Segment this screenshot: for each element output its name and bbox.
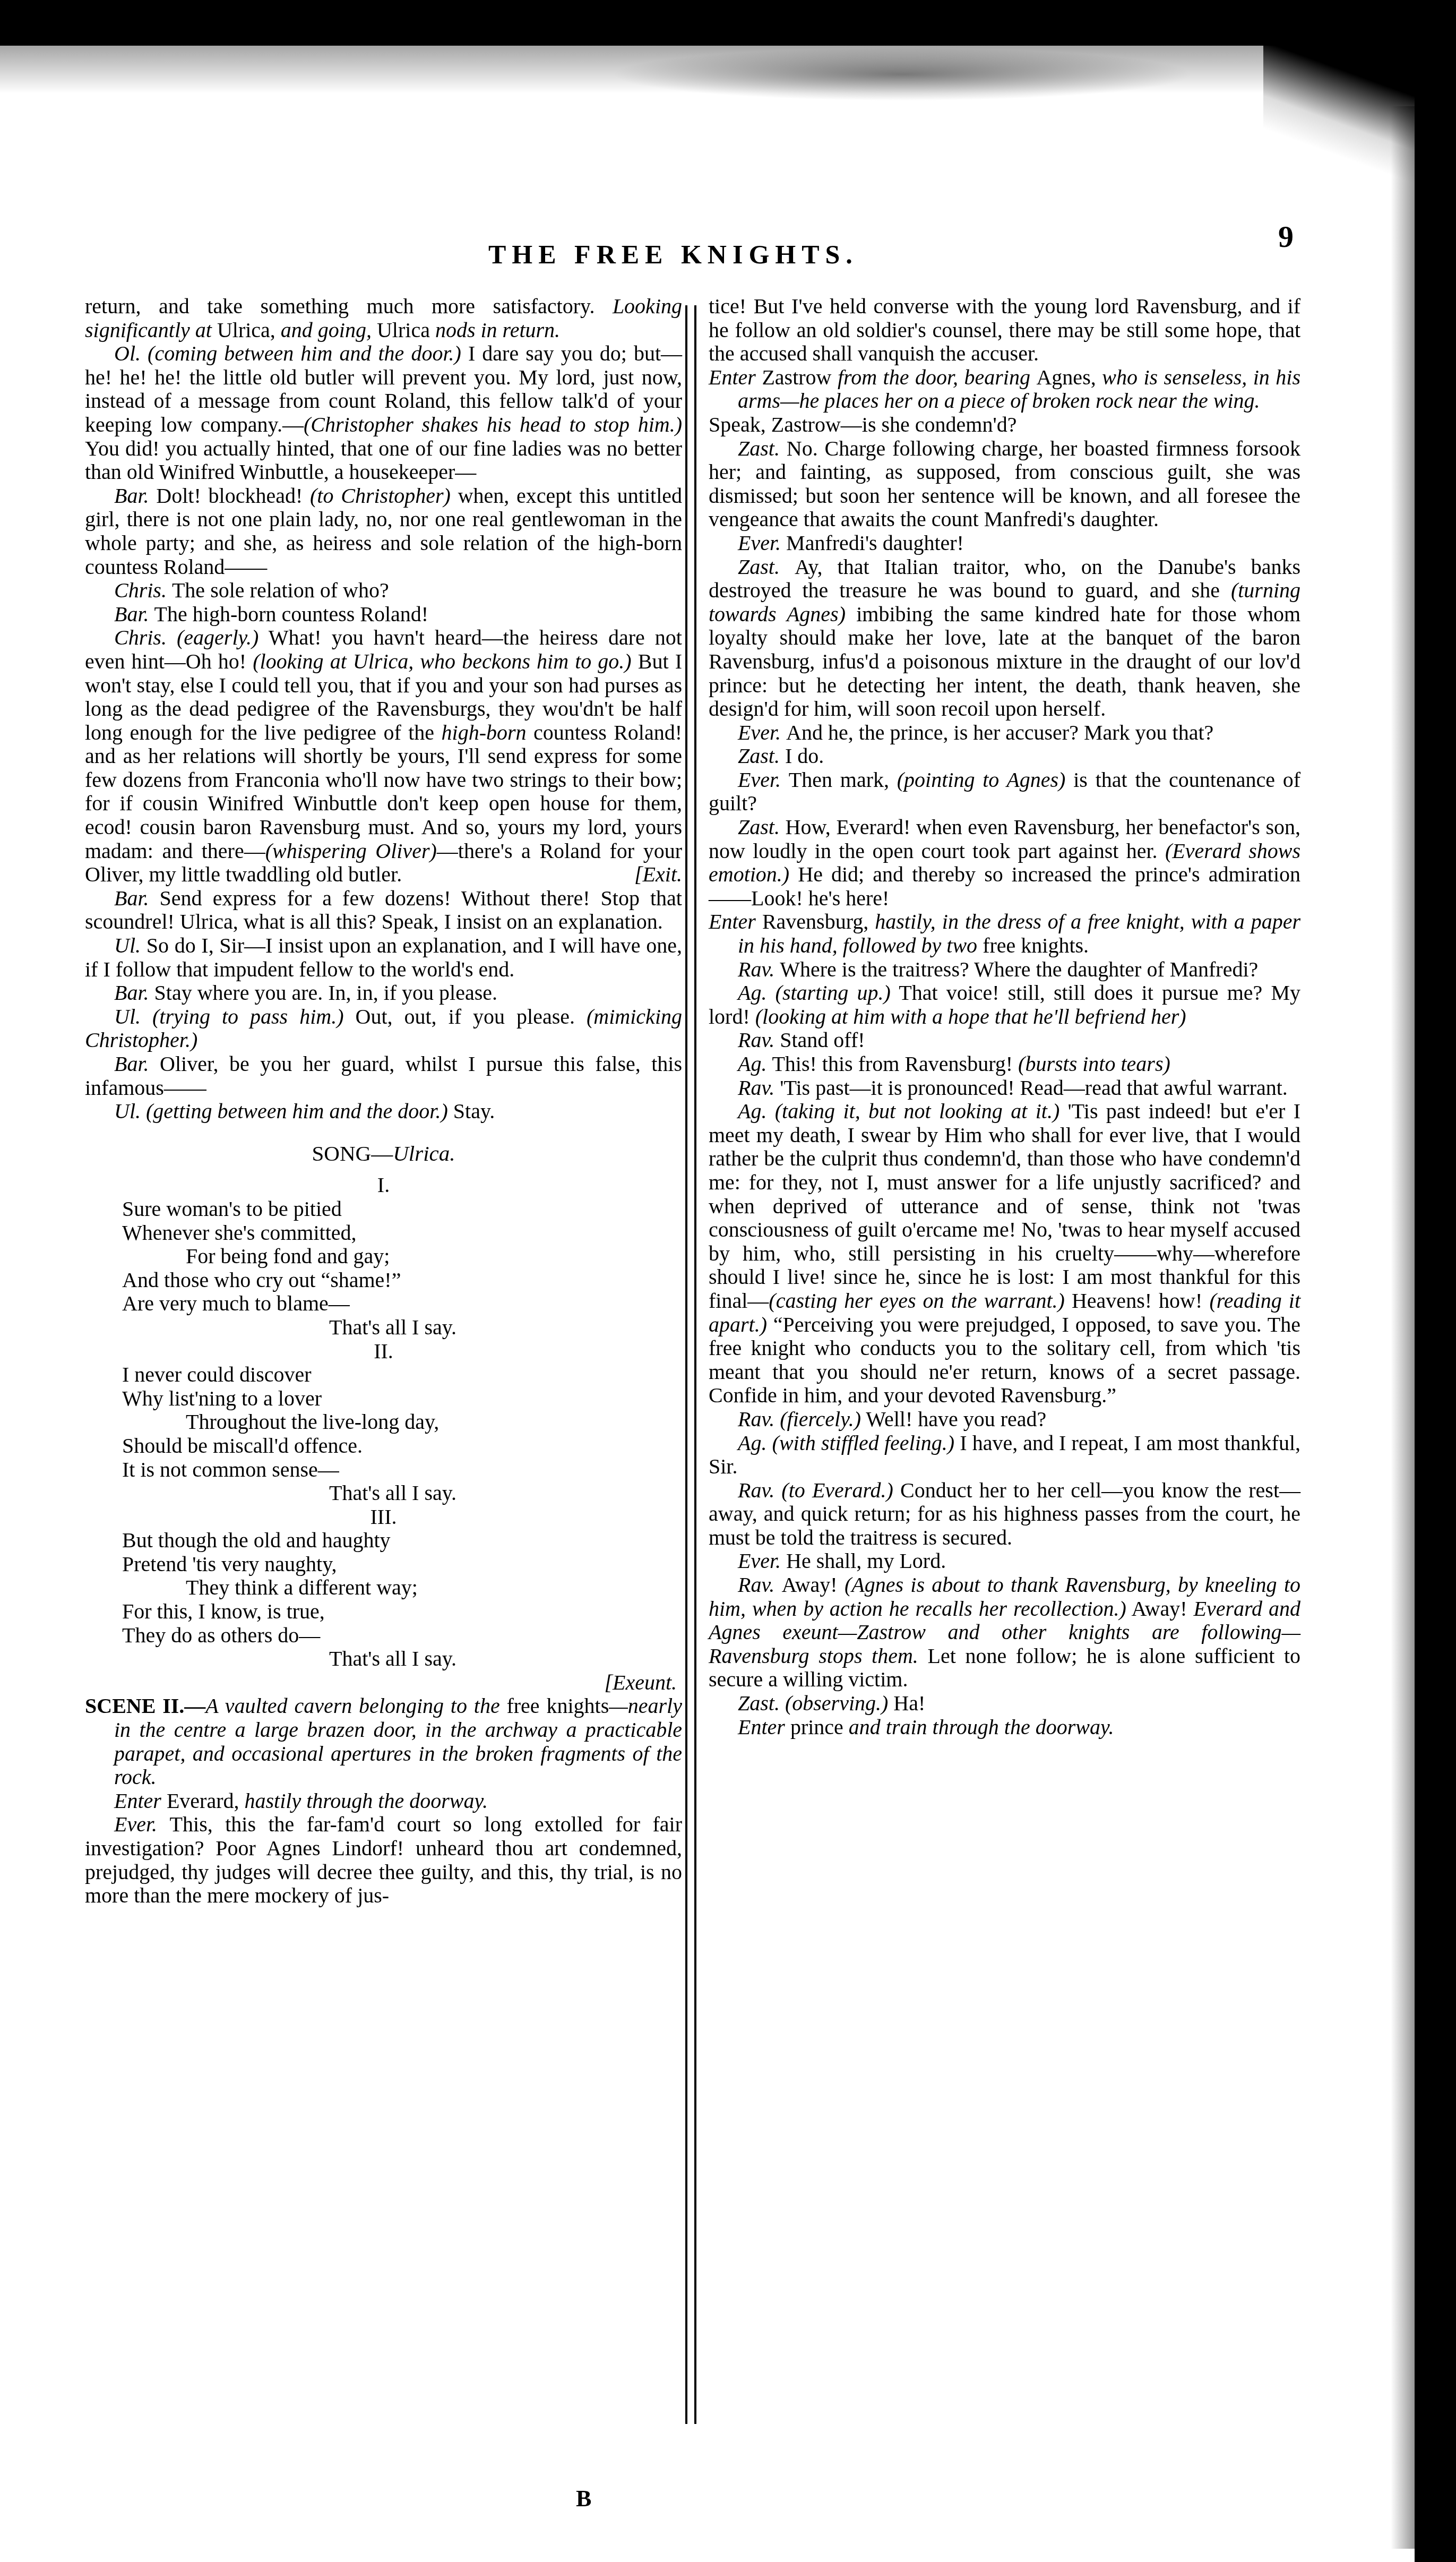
column-divider-rule [685, 305, 687, 2424]
stage-direction: Enter Zastrow from the door, bearing Agn… [709, 366, 1300, 413]
verse-line: Why list'ning to a lover [85, 1387, 682, 1411]
dialogue-paragraph: Bar. The high-born countess Roland! [85, 603, 682, 627]
text: Ha! [888, 1691, 925, 1715]
italic-text: Ag. [738, 1052, 772, 1076]
dialogue-paragraph: Speak, Zastrow—is she condemn'd? [709, 413, 1300, 437]
verse-line: Pretend 'tis very naughty, [85, 1553, 682, 1576]
scene-heading: SCENE II.—A vaulted cavern belonging to … [85, 1694, 682, 1789]
italic-text: Rav. [738, 1028, 780, 1052]
stanza-number: II. [85, 1340, 682, 1364]
scene-number: SCENE II.— [85, 1694, 205, 1718]
verse-line: Should be miscall'd offence. [85, 1434, 682, 1458]
dialogue-paragraph: Rav. (fiercely.) Well! have you read? [709, 1408, 1300, 1432]
text: So do I, Sir—I insist upon an explanatio… [85, 933, 682, 981]
italic-text: Zast. [738, 1691, 785, 1715]
song-label: SONG— [312, 1141, 393, 1166]
italic-text: (casting her eyes on the warrant.) [769, 1289, 1065, 1313]
song-lyrics: I.Sure woman's to be pitiedWhenever she'… [85, 1173, 682, 1670]
italic-text: Zast. [738, 744, 785, 768]
italic-text: Zast. [738, 555, 795, 579]
text: No. Charge following charge, her boasted… [709, 436, 1300, 532]
italic-text: (pointing to Agnes) [897, 768, 1066, 792]
italic-text: Chris. [114, 578, 172, 602]
verse-line: That's all I say. [85, 1481, 682, 1505]
italic-text: Bar. [114, 981, 154, 1005]
dialogue-paragraph: Rav. Away! (Agnes is about to thank Rave… [709, 1573, 1300, 1692]
italic-text: Enter [709, 365, 762, 389]
dialogue-paragraph: Chris. The sole relation of who? [85, 579, 682, 603]
text: This, this the far-fam'd court so long e… [85, 1812, 682, 1907]
text: This! this from Ravensburg! [772, 1052, 1018, 1076]
verse-line: It is not common sense— [85, 1458, 682, 1482]
dialogue-paragraph: Ever. This, this the far-fam'd court so … [85, 1813, 682, 1907]
dialogue-paragraph: Rav. 'Tis past—it is pronounced! Read—re… [709, 1076, 1300, 1100]
dialogue-paragraph: Ag. (with stiffled feeling.) I have, and… [709, 1432, 1300, 1479]
italic-text: nods in return. [435, 318, 560, 342]
text: Everard, [167, 1789, 245, 1813]
dialogue-paragraph: Ol. (coming between him and the door.) I… [85, 342, 682, 484]
italic-text: Bar. [114, 602, 154, 626]
text: Away! [782, 1573, 845, 1597]
verse-line: They do as others do— [85, 1624, 682, 1648]
verse-line: That's all I say. [85, 1647, 682, 1671]
text: return, and take something much more sat… [85, 294, 613, 318]
running-title: THE FREE KNIGHTS. [488, 239, 858, 270]
verse-line: Are very much to blame— [85, 1292, 682, 1316]
italic-text: Rav. [738, 1478, 781, 1502]
dialogue-paragraph: Ul. (trying to pass him.) Out, out, if y… [85, 1005, 682, 1052]
text: I do. [785, 744, 824, 768]
dialogue-paragraph: Bar. Dolt! blockhead! (to Christopher) w… [85, 484, 682, 579]
italic-text: Rav. [738, 1076, 780, 1100]
dialogue-paragraph: Ul. So do I, Sir—I insist upon an explan… [85, 934, 682, 981]
scene-description: A vaulted cavern belonging to the [205, 1694, 506, 1718]
italic-text: and going, [281, 318, 377, 342]
italic-text: Rav. [738, 1407, 780, 1431]
text: Well! have you read? [861, 1407, 1046, 1431]
dialogue-paragraph: Ever. He shall, my Lord. [709, 1549, 1300, 1573]
song-singer: Ulrica. [393, 1141, 455, 1166]
dialogue-paragraph: Bar. Stay where you are. In, in, if you … [85, 981, 682, 1005]
italic-text: Ag. [738, 981, 776, 1005]
dialogue-paragraph: Zast. How, Everard! when even Ravensburg… [709, 816, 1300, 910]
text: The high-born countess Roland! [154, 602, 429, 626]
stanza-number: I. [85, 1173, 682, 1197]
italic-text: Zast. [738, 436, 787, 460]
text: Zastrow [762, 365, 838, 389]
stanza-number: III. [85, 1505, 682, 1529]
italic-text: (observing.) [785, 1691, 888, 1715]
scan-stain-top [610, 48, 1194, 101]
right-column: tice! But I've held converse with the yo… [709, 295, 1300, 1739]
dialogue-block: tice! But I've held converse with the yo… [709, 295, 1300, 1739]
verse-line: They think a different way; [85, 1576, 682, 1600]
dialogue-paragraph: Ag. (starting up.) That voice! still, st… [709, 981, 1300, 1029]
italic-text: (taking it, but not looking at it.) [775, 1099, 1059, 1123]
italic-text: (looking at Ulrica, who beckons him to g… [253, 649, 631, 673]
column-divider-rule [694, 305, 696, 2424]
verse-line: But though the old and haughty [85, 1529, 682, 1553]
dialogue-paragraph: Rav. (to Everard.) Conduct her to her ce… [709, 1479, 1300, 1550]
italic-text: and train through the doorway. [849, 1715, 1114, 1739]
text: Stay. [448, 1099, 495, 1123]
dialogue-paragraph: tice! But I've held converse with the yo… [709, 295, 1300, 366]
dialogue-paragraph: return, and take something much more sat… [85, 295, 682, 342]
text: Then mark, [789, 768, 897, 792]
text: Stand off! [780, 1028, 865, 1052]
italic-text: (eagerly.) [177, 625, 259, 649]
italic-text: Zast. [738, 815, 786, 839]
italic-text: Bar. [114, 484, 156, 508]
dialogue-paragraph: Ever. And he, the prince, is her accuser… [709, 721, 1300, 745]
italic-text: Rav. [738, 957, 780, 981]
verse-line: Sure woman's to be pitied [85, 1197, 682, 1221]
scene-description-roman: free knights [506, 1694, 609, 1718]
verse-line: I never could discover [85, 1363, 682, 1387]
italic-text: Ol. [114, 341, 148, 365]
text: “Perceiving you were prejudged, I oppose… [709, 1313, 1300, 1408]
text: Manfredi's daughter! [786, 531, 964, 555]
text: 'Tis past—it is pronounced! Read—read th… [780, 1076, 1288, 1100]
text: He did; and thereby so increased the pri… [709, 862, 1300, 910]
stage-direction-exeunt: [Exeunt. [85, 1671, 682, 1695]
dialogue-paragraph: Bar. Oliver, be you her guard, whilst I … [85, 1052, 682, 1100]
italic-text: (whispering Oliver) [265, 839, 437, 863]
italic-text: (bursts into tears) [1018, 1052, 1170, 1076]
verse-line: For this, I know, is true, [85, 1600, 682, 1624]
verse-line: Whenever she's committed, [85, 1221, 682, 1245]
italic-text: (Christopher shakes his head to stop him… [304, 413, 682, 436]
dialogue-paragraph: Zast. I do. [709, 744, 1300, 768]
italic-text: (to Everard.) [781, 1478, 893, 1502]
dialogue-paragraph: Zast. (observing.) Ha! [709, 1692, 1300, 1716]
dialogue-paragraph: Zast. No. Charge following charge, her b… [709, 437, 1300, 532]
text: The sole relation of who? [172, 578, 389, 602]
text: Stay where you are. In, in, if you pleas… [154, 981, 497, 1005]
italic-text: (coming between him and the door.) [148, 341, 461, 365]
verse-line: And those who cry out “shame!” [85, 1269, 682, 1292]
dialogue-block: return, and take something much more sat… [85, 295, 682, 1124]
dialogue-paragraph: Rav. Stand off! [709, 1029, 1300, 1052]
dialogue-paragraph: Zast. Ay, that Italian traitor, who, on … [709, 555, 1300, 721]
text: Out, out, if you please. [343, 1005, 587, 1029]
song-title: SONG—Ulrica. [85, 1142, 682, 1166]
italic-text: Enter [709, 910, 762, 933]
italic-text: (with stiffled feeling.) [772, 1431, 955, 1455]
dialogue-paragraph: Enter Everard, hastily through the doorw… [85, 1789, 682, 1813]
text: Send express for a few dozens! Without t… [85, 886, 682, 934]
text: He shall, my Lord. [786, 1549, 946, 1573]
italic-text: Ever. [738, 1549, 786, 1573]
text: Away! [1126, 1597, 1194, 1621]
dialogue-paragraph: Bar. Send express for a few dozens! With… [85, 887, 682, 934]
verse-line: Throughout the live-long day, [85, 1410, 682, 1434]
scanner-background-right [1415, 46, 1456, 2562]
dialogue-paragraph: Ag. This! this from Ravensburg! (bursts … [709, 1052, 1300, 1076]
text: And he, the prince, is her accuser? Mark… [786, 721, 1213, 744]
text: Ay, that Italian traitor, who, on the Da… [709, 555, 1300, 603]
text: Ravensburg, [762, 910, 875, 933]
italic-text: hastily through the doorway. [244, 1789, 488, 1813]
italic-text: Chris. [114, 625, 177, 649]
page-number: 9 [1278, 219, 1294, 254]
italic-text: high-born [442, 721, 527, 744]
text: Speak, Zastrow—is she condemn'd? [709, 413, 1016, 436]
italic-text: Ul. [114, 1099, 146, 1123]
dialogue-paragraph: Enter prince and train through the doorw… [709, 1716, 1300, 1740]
italic-text: Ul. [114, 1005, 152, 1029]
text: Ulrica [377, 318, 435, 342]
italic-text: from the door, bearing [838, 365, 1037, 389]
italic-text: Ever. [114, 1812, 170, 1836]
text: Where is the traitress? Where the daught… [780, 957, 1258, 981]
dialogue-block: Enter Everard, hastily through the doorw… [85, 1789, 682, 1908]
italic-text: Ever. [738, 721, 786, 744]
dialogue-paragraph: Ul. (getting between him and the door.) … [85, 1100, 682, 1124]
italic-text: (getting between him and the door.) [146, 1099, 448, 1123]
italic-text: Ever. [738, 531, 786, 555]
italic-text: (looking at him with a hope that he'll b… [755, 1005, 1186, 1029]
italic-text: Bar. [114, 1052, 160, 1076]
italic-text: (fiercely.) [780, 1407, 861, 1431]
dialogue-paragraph: Ever. Manfredi's daughter! [709, 532, 1300, 555]
text: 'Tis past indeed! but e'er I meet my dea… [709, 1099, 1300, 1313]
italic-text: (trying to pass him.) [152, 1005, 343, 1029]
text: Dolt! blockhead! [156, 484, 310, 508]
stage-direction: Enter Ravensburg, hastily, in the dress … [709, 910, 1300, 957]
dialogue-paragraph: Chris. (eagerly.) What! you havn't heard… [85, 626, 682, 887]
italic-text: Enter [738, 1715, 790, 1739]
italic-text: Enter [114, 1789, 167, 1813]
left-column: return, and take something much more sat… [85, 295, 682, 1908]
text: Heavens! how! [1065, 1289, 1210, 1313]
text: free knights. [983, 933, 1089, 957]
dialogue-paragraph: Ever. Then mark, (pointing to Agnes) is … [709, 768, 1300, 816]
italic-text: Ever. [738, 768, 789, 792]
italic-text: (to Christopher) [310, 484, 451, 508]
text: You did! you actually hinted, that one o… [85, 436, 682, 484]
text: Agnes, [1036, 365, 1102, 389]
text: tice! But I've held converse with the yo… [709, 294, 1300, 365]
verse-line: For being fond and gay; [85, 1245, 682, 1269]
dialogue-paragraph: Rav. Where is the traitress? Where the d… [709, 958, 1300, 982]
text: prince [790, 1715, 849, 1739]
stage-direction-exit: [Exit. [605, 863, 682, 887]
text: Ulrica, [217, 318, 281, 342]
italic-text: Bar. [114, 886, 160, 910]
dialogue-paragraph: Ag. (taking it, but not looking at it.) … [709, 1100, 1300, 1408]
italic-text: Rav. [738, 1573, 782, 1597]
printer-signature-mark: B [576, 2485, 591, 2512]
italic-text: Ag. [738, 1431, 772, 1455]
text: Oliver, be you her guard, whilst I pursu… [85, 1052, 682, 1100]
italic-text: (starting up.) [776, 981, 891, 1005]
verse-line: That's all I say. [85, 1316, 682, 1340]
italic-text: Ul. [114, 933, 147, 957]
italic-text: Ag. [738, 1099, 775, 1123]
